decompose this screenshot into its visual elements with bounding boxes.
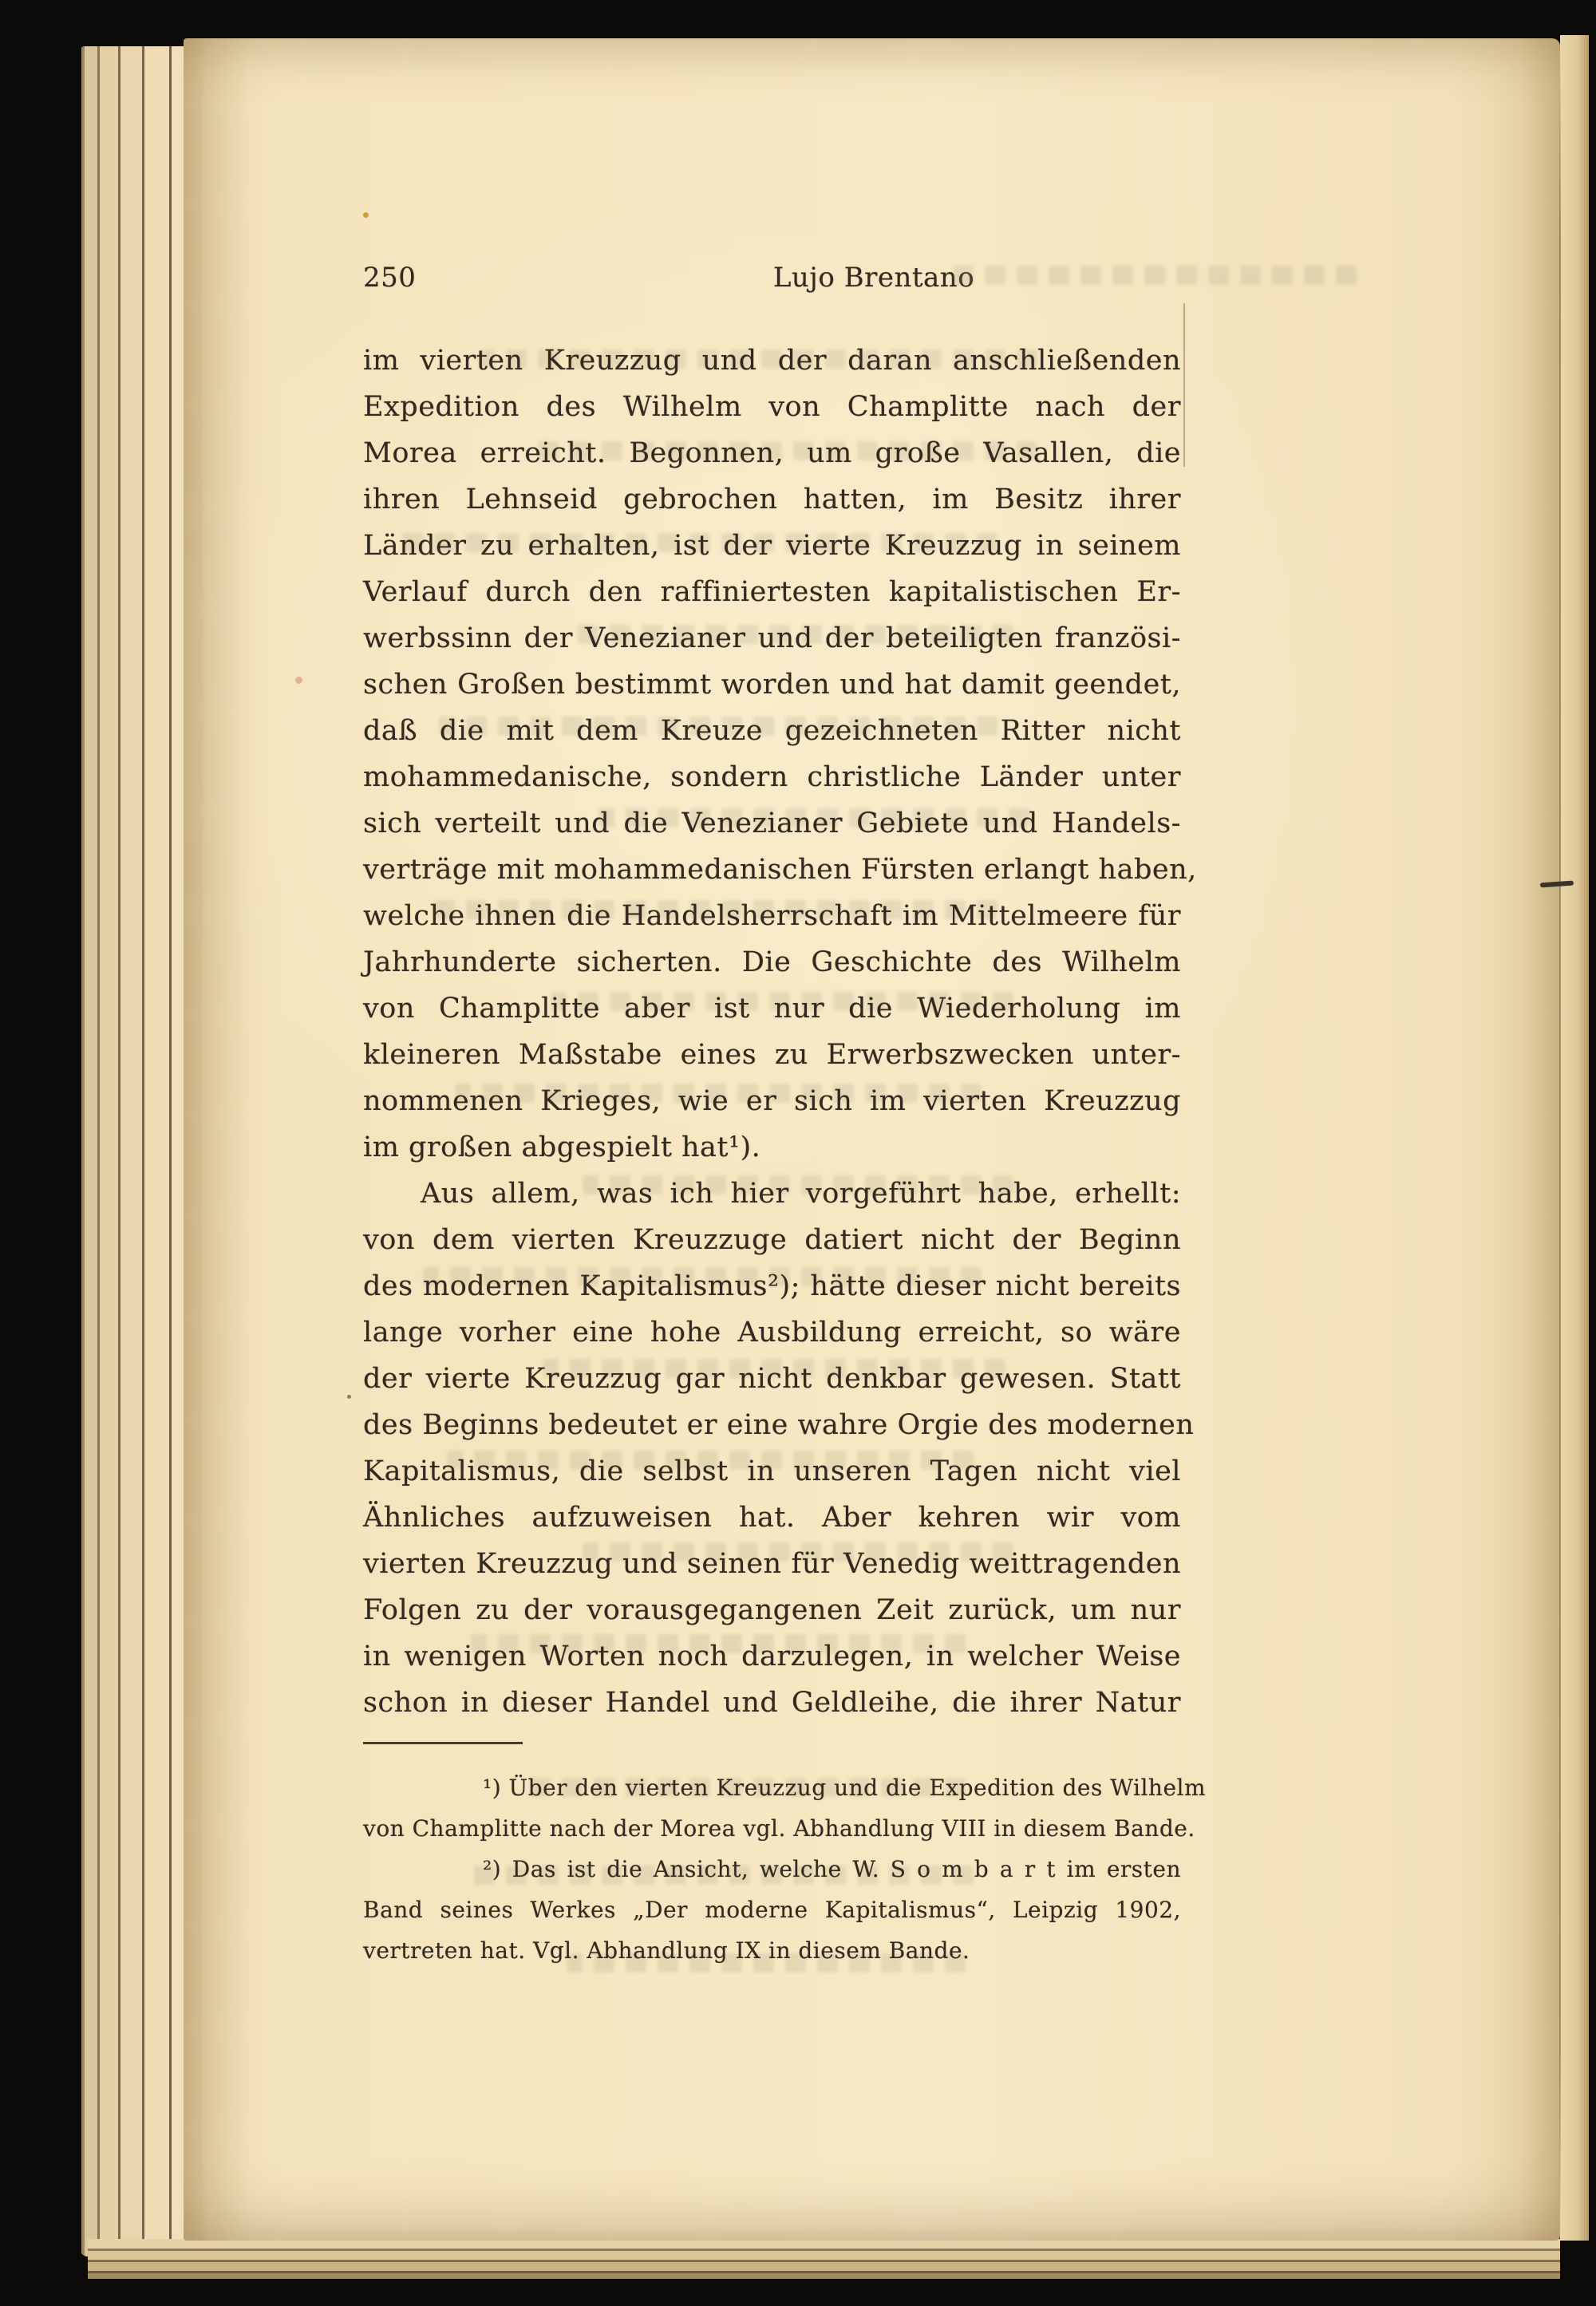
paper-speck <box>295 677 302 684</box>
text-line: im vierten Kreuzzug und der daran anschl… <box>363 338 1181 384</box>
footnote-separator <box>363 1742 523 1744</box>
text-line: ihren Lehnseid gebrochen hatten, im Besi… <box>363 476 1181 523</box>
body-text: im vierten Kreuzzug und der daran anschl… <box>363 338 1181 1726</box>
text-line: Länder zu erhalten, ist der vierte Kreuz… <box>363 523 1181 569</box>
text-line: schen Großen bestimmt worden und hat dam… <box>363 661 1181 708</box>
text-line: sich verteilt und die Venezianer Gebiete… <box>363 800 1181 847</box>
text-line: der vierte Kreuzzug gar nicht denkbar ge… <box>363 1356 1181 1402</box>
text-line: Jahrhunderte sicherten. Die Geschichte d… <box>363 939 1181 985</box>
text-line: lange vorher eine hohe Ausbildung erreic… <box>363 1309 1181 1356</box>
page-number: 250 <box>363 262 416 294</box>
page-crease <box>1559 62 1561 2217</box>
text-line: des modernen Kapitalismus²); hätte diese… <box>363 1263 1181 1309</box>
bottom-page-edges <box>88 2239 1560 2284</box>
footnote-line: ¹) Über den vierten Kreuzzug und die Exp… <box>363 1767 1181 1808</box>
text-line: kleineren Maßstabe eines zu Erwerbszweck… <box>363 1032 1181 1078</box>
text-line: mohammedanische, sondern christliche Län… <box>363 754 1181 800</box>
text-line: vierten Kreuzzug und seinen für Venedig … <box>363 1541 1181 1587</box>
text-line: in wenigen Worten noch darzulegen, in we… <box>363 1633 1181 1680</box>
text-line: daß die mit dem Kreuze gezeichneten Ritt… <box>363 708 1181 754</box>
footnote-line: ²) Das ist die Ansicht, welche W. S o m … <box>363 1849 1181 1889</box>
paper-speck <box>363 212 369 218</box>
paper-speck <box>347 1395 351 1399</box>
footnote-line: von Champlitte nach der Morea vgl. Abhan… <box>363 1808 1181 1849</box>
text-line: Morea erreicht. Begonnen, um große Vasal… <box>363 430 1181 476</box>
text-line: werbssinn der Venezianer und der beteili… <box>363 615 1181 661</box>
text-line: Expedition des Wilhelm von Champlitte na… <box>363 384 1181 430</box>
footnote-line: Band seines Werkes „Der moderne Kapitali… <box>363 1889 1181 1930</box>
footnotes: ¹) Über den vierten Kreuzzug und die Exp… <box>363 1767 1181 1971</box>
text-line: welche ihnen die Handelsherrschaft im Mi… <box>363 893 1181 939</box>
text-line: nommenen Krieges, wie er sich im vierten… <box>363 1078 1181 1124</box>
text-line: des Beginns bedeutet er eine wahre Orgie… <box>363 1402 1181 1448</box>
text-line: Verlauf durch den raffiniertesten kapita… <box>363 569 1181 615</box>
text-line: verträge mit mohammedanischen Fürsten er… <box>363 847 1181 893</box>
text-line: im großen abgespielt hat¹). <box>363 1124 1181 1171</box>
book-page: 250 Lujo Brentano im vierten Kreuzzug un… <box>184 38 1560 2241</box>
text-line: von Champlitte aber ist nur die Wiederho… <box>363 985 1181 1032</box>
scratch-mark <box>1183 303 1185 467</box>
text-line: schon in dieser Handel und Geldleihe, di… <box>363 1680 1181 1726</box>
text-line: Folgen zu der vorausgegangenen Zeit zurü… <box>363 1587 1181 1633</box>
bleed-through-ghost <box>942 266 1357 285</box>
book-scan: 250 Lujo Brentano im vierten Kreuzzug un… <box>0 0 1596 2306</box>
footnote-line: vertreten hat. Vgl. Abhandlung IX in die… <box>363 1930 1181 1971</box>
text-line: Aus allem, was ich hier vorgeführt habe,… <box>363 1171 1181 1217</box>
left-page-edges <box>80 46 185 2257</box>
text-line: Ähnliches aufzuweisen hat. Aber kehren w… <box>363 1495 1181 1541</box>
adjacent-page-edge <box>1560 35 1589 2241</box>
text-line: von dem vierten Kreuzzuge datiert nicht … <box>363 1217 1181 1263</box>
text-line: Kapitalismus, die selbst in unseren Tage… <box>363 1448 1181 1495</box>
